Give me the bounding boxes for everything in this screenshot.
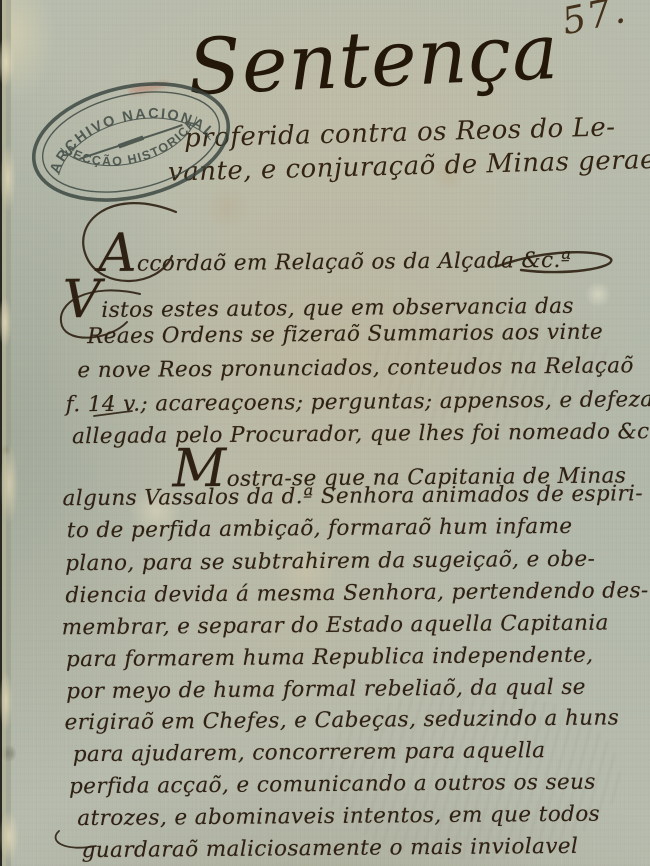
manuscript-line: e nove Reos pronunciados, conteudos na R…	[77, 353, 634, 383]
manuscript-line: membrar, e separar do Estado aquella Cap…	[62, 611, 609, 641]
manuscript-line: para formarem huma Republica independent…	[66, 643, 594, 673]
manuscript-page: 57. Sentença proferida contra os Reos do…	[0, 0, 650, 866]
manuscript-line: guardaraõ maliciosamente o mais inviolav…	[82, 834, 579, 863]
manuscript-line: Reaes Ordens se fizeraõ Summarios aos vi…	[87, 320, 603, 350]
manuscript-line: diencia devida á mesma Senhora, pertende…	[65, 578, 648, 608]
manuscript-line: Accordaõ em Relaçaõ os da Alçada &c.ª	[98, 230, 571, 277]
manuscript-body: Accordaõ em Relaçaõ os da Alçada &c.ª Vi…	[0, 0, 650, 866]
manuscript-line: atrozes, e abominaveis intentos, em que …	[77, 802, 600, 832]
manuscript-line: alguns Vassalos da d.ª Senhora animados …	[62, 481, 643, 511]
manuscript-line: to de perfida ambiçaõ, formaraõ hum infa…	[67, 514, 573, 543]
manuscript-line: perfida acçaõ, e comunicando a outros os…	[69, 770, 596, 800]
manuscript-line: f. 14 v.; acareaçoens; perguntas; appens…	[66, 387, 650, 417]
manuscript-line: allegada pelo Procurador, que lhes foi n…	[72, 419, 650, 449]
manuscript-line: erigiraõ em Chefes, e Cabeças, seduzindo…	[64, 705, 619, 735]
manuscript-scan: { "page": { "folio_number": "57." }, "ti…	[0, 0, 650, 866]
manuscript-line: para ajudarem, concorrerem para aquella	[73, 738, 546, 767]
manuscript-line: por meyo de huma formal rebeliaõ, da qua…	[66, 675, 586, 705]
manuscript-line: plano, para se subtrahirem da sugeiçaõ, …	[65, 547, 595, 577]
manuscript-line: Vistos estes autos, que em observancia d…	[63, 276, 574, 323]
